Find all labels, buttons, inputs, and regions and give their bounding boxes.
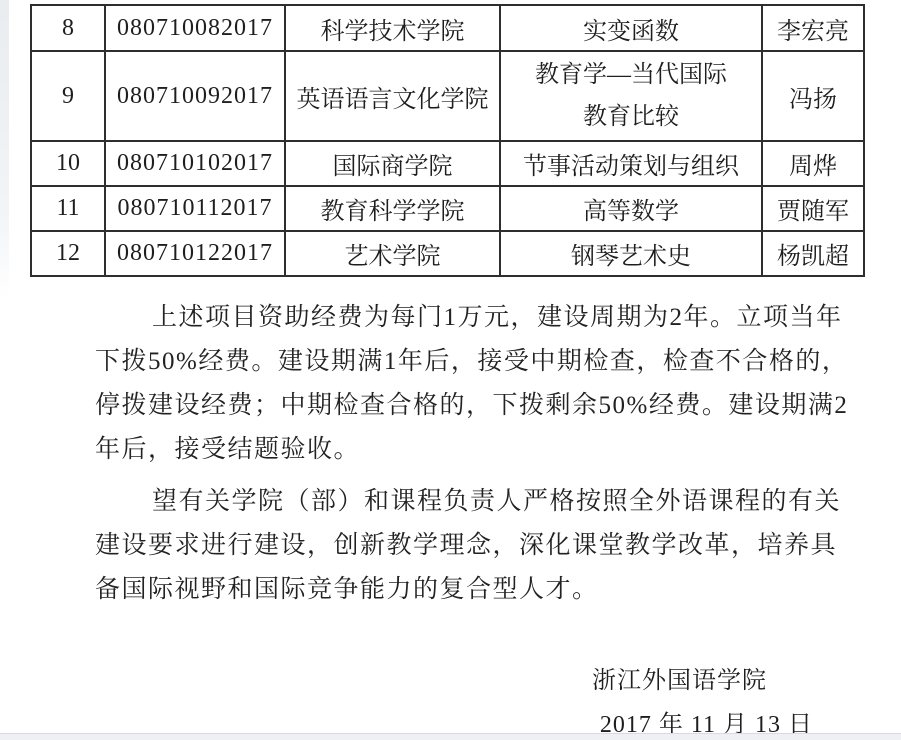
cell-college: 教育科学学院 xyxy=(285,186,500,231)
cell-code: 080710122017 xyxy=(105,231,285,276)
cell-course: 教育学—当代国际 教育比较 xyxy=(500,51,762,141)
table-row: 8 080710082017 科学技术学院 实变函数 李宏亮 xyxy=(31,5,864,51)
cell-college: 艺术学院 xyxy=(285,231,500,276)
table-row: 10 080710102017 国际商学院 节事活动策划与组织 周烨 xyxy=(31,141,864,186)
scan-edge-left xyxy=(0,0,9,300)
project-table: 8 080710082017 科学技术学院 实变函数 李宏亮 9 0807100… xyxy=(30,4,865,277)
cell-leader: 周烨 xyxy=(762,141,864,186)
cell-code: 080710082017 xyxy=(105,5,285,51)
body-line: 下拨50%经费。建设期满1年后，接受中期检查，检查不合格的， xyxy=(95,340,863,384)
course-line: 教育比较 xyxy=(503,96,759,138)
cell-leader: 贾随军 xyxy=(762,186,864,231)
cell-leader: 杨凯超 xyxy=(762,231,864,276)
cell-code: 080710102017 xyxy=(105,141,285,186)
cell-no: 10 xyxy=(31,141,105,186)
cell-leader: 冯扬 xyxy=(762,51,864,141)
table-row: 11 080710112017 教育科学学院 高等数学 贾随军 xyxy=(31,186,864,231)
document-page: 8 080710082017 科学技术学院 实变函数 李宏亮 9 0807100… xyxy=(0,0,901,740)
table-row: 12 080710122017 艺术学院 钢琴艺术史 杨凯超 xyxy=(31,231,864,276)
body-text: 上述项目资助经费为每门1万元，建设周期为2年。立项当年 下拨50%经费。建设期满… xyxy=(95,296,863,612)
table-row: 9 080710092017 英语语言文化学院 教育学—当代国际 教育比较 冯扬 xyxy=(31,51,864,141)
cell-code: 080710092017 xyxy=(105,51,285,141)
body-line: 停拨建设经费；中期检查合格的，下拨剩余50%经费。建设期满2 xyxy=(95,384,863,428)
course-line: 教育学—当代国际 xyxy=(503,54,759,96)
cell-course: 实变函数 xyxy=(500,5,762,51)
cell-no: 9 xyxy=(31,51,105,141)
body-line: 建设要求进行建设，创新教学理念，深化课堂教学改革，培养具 xyxy=(95,524,863,568)
cell-no: 8 xyxy=(31,5,105,51)
cell-college: 国际商学院 xyxy=(285,141,500,186)
cell-leader: 李宏亮 xyxy=(762,5,864,51)
cell-no: 11 xyxy=(31,186,105,231)
cell-course: 节事活动策划与组织 xyxy=(500,141,762,186)
scan-edge-bottom xyxy=(0,733,901,740)
body-line: 望有关学院（部）和课程负责人严格按照全外语课程的有关 xyxy=(95,480,863,524)
body-line: 上述项目资助经费为每门1万元，建设周期为2年。立项当年 xyxy=(95,296,863,340)
body-line: 备国际视野和国际竞争能力的复合型人才。 xyxy=(95,568,863,612)
cell-college: 科学技术学院 xyxy=(285,5,500,51)
signature-organization: 浙江外国语学院 xyxy=(0,666,767,696)
cell-no: 12 xyxy=(31,231,105,276)
cell-course: 钢琴艺术史 xyxy=(500,231,762,276)
body-line: 年后，接受结题验收。 xyxy=(95,428,863,472)
cell-code: 080710112017 xyxy=(105,186,285,231)
cell-course: 高等数学 xyxy=(500,186,762,231)
cell-college: 英语语言文化学院 xyxy=(285,51,500,141)
